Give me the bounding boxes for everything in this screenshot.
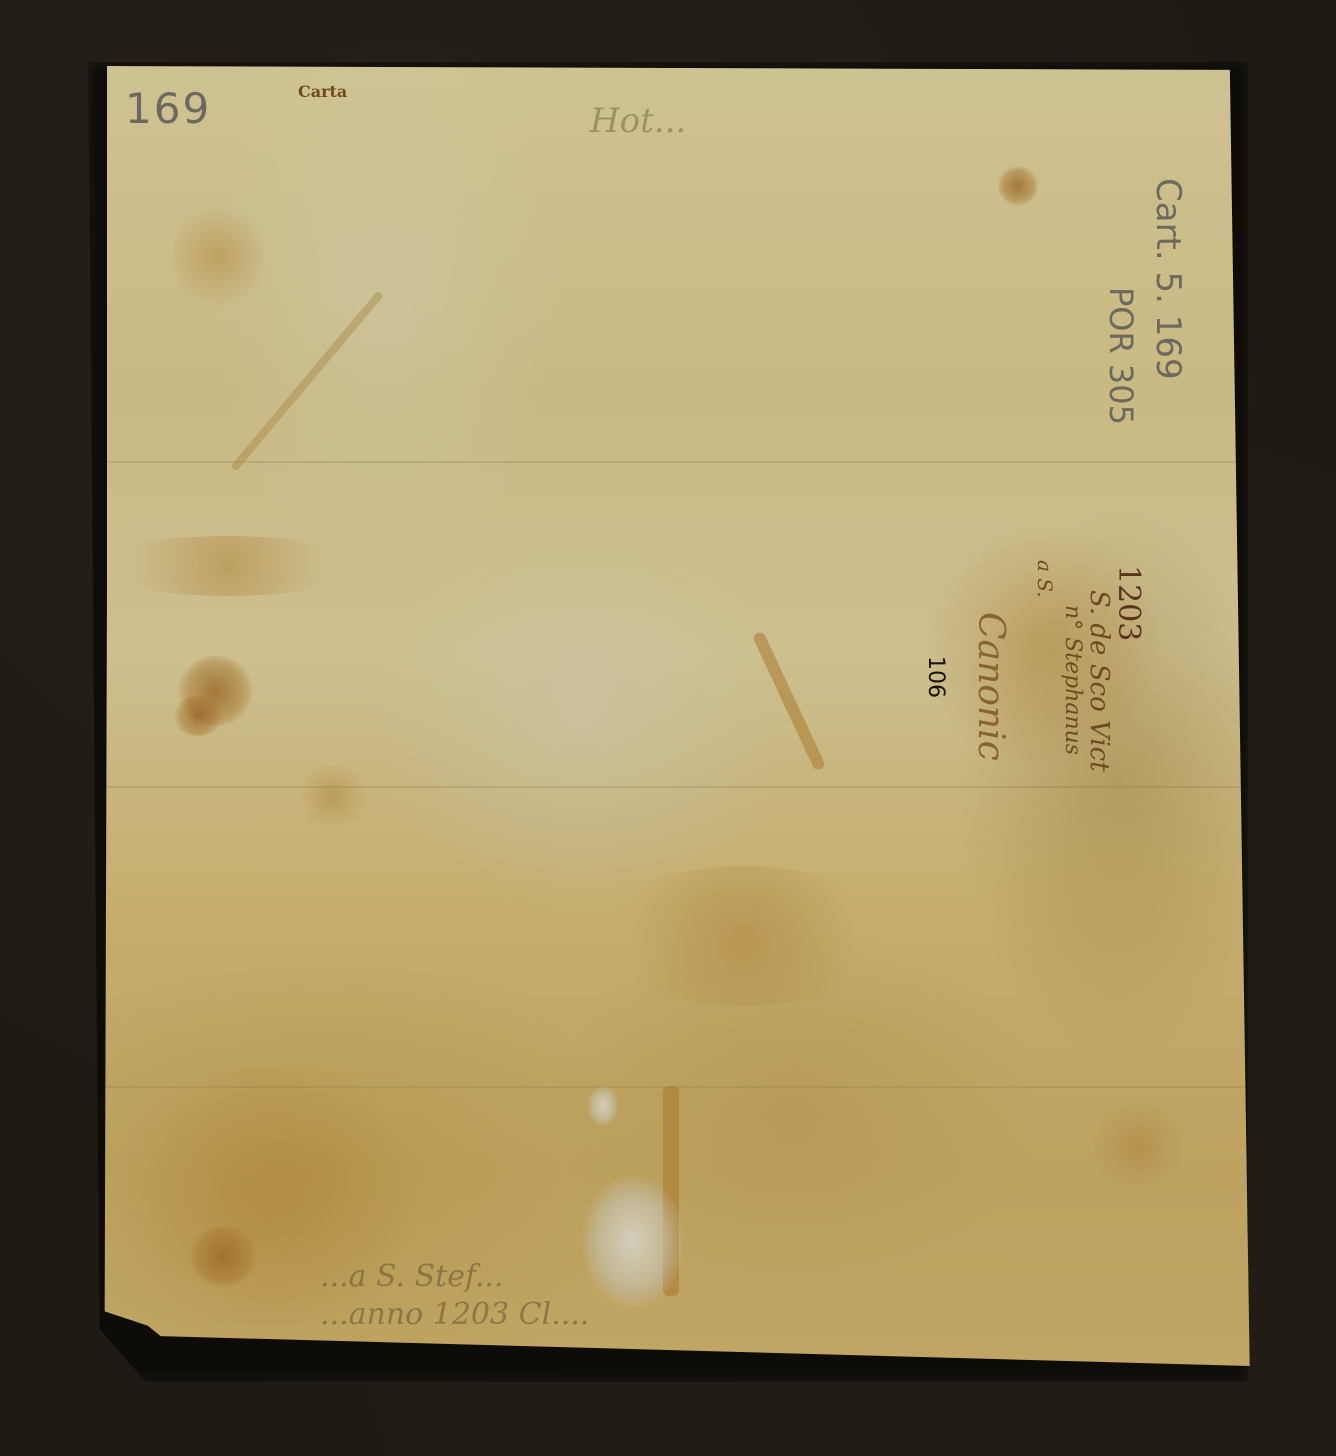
faint-text: Hot... bbox=[590, 104, 686, 138]
shelfmark-por: POR 305 bbox=[1105, 287, 1137, 425]
word-carta: Carta bbox=[298, 84, 347, 100]
stain bbox=[93, 536, 363, 596]
drip-mark bbox=[752, 630, 826, 771]
bottom-note-line-2: ...anno 1203 Cl.... bbox=[320, 1300, 589, 1330]
fold-line bbox=[93, 786, 1259, 788]
fold-line bbox=[93, 461, 1259, 463]
pencil-number-169: 169 bbox=[125, 88, 211, 130]
year-1203: 1203 bbox=[1113, 565, 1143, 641]
stain bbox=[1093, 1096, 1183, 1196]
drip-mark bbox=[230, 290, 384, 471]
brown-annotation-canonic: Canonic bbox=[972, 612, 1008, 761]
brown-annotation-line-3: a S. bbox=[1035, 560, 1055, 598]
stain bbox=[928, 516, 1158, 776]
stain bbox=[593, 866, 893, 1006]
worn-area bbox=[583, 1176, 683, 1306]
shelfmark-cart: Cart. 5. 169 bbox=[1151, 178, 1185, 380]
stain bbox=[173, 696, 223, 736]
brown-annotation-line-1: S. de Sco Vict bbox=[1086, 590, 1112, 772]
number-106: 106 bbox=[924, 656, 946, 698]
stain bbox=[998, 166, 1038, 206]
worn-area bbox=[588, 1086, 618, 1126]
stain bbox=[293, 766, 373, 826]
stain bbox=[173, 196, 263, 316]
bottom-note-line-1: ...a S. Stef... bbox=[320, 1262, 504, 1292]
brown-annotation-line-2: n° Stephanus bbox=[1061, 605, 1083, 755]
